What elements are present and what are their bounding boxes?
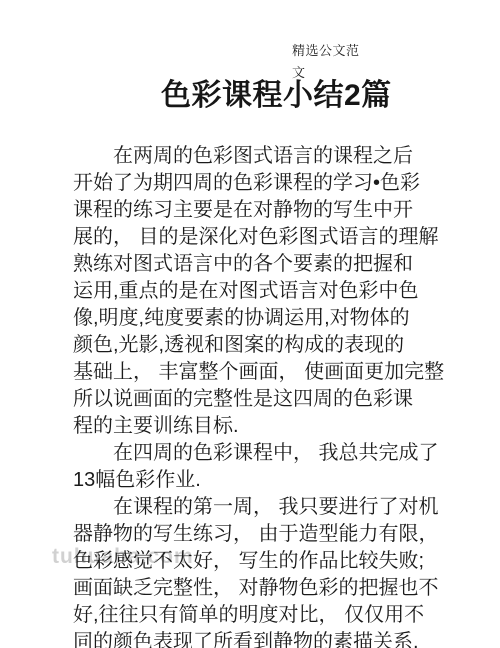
paragraph-line: 运用,重点的是在对图式语言对色彩中色 <box>73 278 445 305</box>
paragraph-line: 所以说画面的完整性是这四周的色彩课 <box>73 386 445 413</box>
paragraph-line: 器静物的写生练习， 由于造型能力有限， <box>73 521 445 548</box>
paragraph-line: 在四周的色彩课程中， 我总共完成了 <box>73 440 445 467</box>
paragraph-line: 好,往往只有简单的明度对比， 仅仅用不 <box>73 602 445 629</box>
paragraph-line: 画面缺乏完整性， 对静物色彩的把握也不 <box>73 575 445 602</box>
paragraph-line: 像,明度,纯度要素的协调运用,对物体的 <box>73 305 445 332</box>
paragraph-line: 同的颜色表现了所看到静物的素描关系. <box>73 629 445 648</box>
paragraph-line: 色彩感觉不太好， 写生的作品比较失败; <box>73 548 445 575</box>
paragraph-line: 开始了为期四周的色彩课程的学习•色彩 <box>73 170 445 197</box>
paragraph-line: 13幅色彩作业. <box>73 467 445 494</box>
document-page: 精选公文范文 色彩课程小结2篇 tuhuaba.com 在两周的色彩图式语言的课… <box>0 0 500 648</box>
paragraph-line: 在课程的第一周， 我只要进行了对机 <box>73 494 445 521</box>
paragraph-line: 课程的练习主要是在对静物的写生中开 <box>73 197 445 224</box>
paragraph-line: 熟练对图式语言中的各个要素的把握和 <box>73 251 445 278</box>
paragraph-line: 颜色,光影,透视和图案的构成的表现的 <box>73 332 445 359</box>
paragraph-line: 基础上， 丰富整个画面， 使画面更加完整 <box>73 359 445 386</box>
paragraph-line: 程的主要训练目标. <box>73 413 445 440</box>
document-title: 色彩课程小结2篇 <box>161 70 392 114</box>
paragraph-line: 在两周的色彩图式语言的课程之后 <box>73 143 445 170</box>
paragraph-line: 展的， 目的是深化对色彩图式语言的理解 <box>73 224 445 251</box>
document-body: 在两周的色彩图式语言的课程之后开始了为期四周的色彩课程的学习•色彩课程的练习主要… <box>73 143 445 648</box>
